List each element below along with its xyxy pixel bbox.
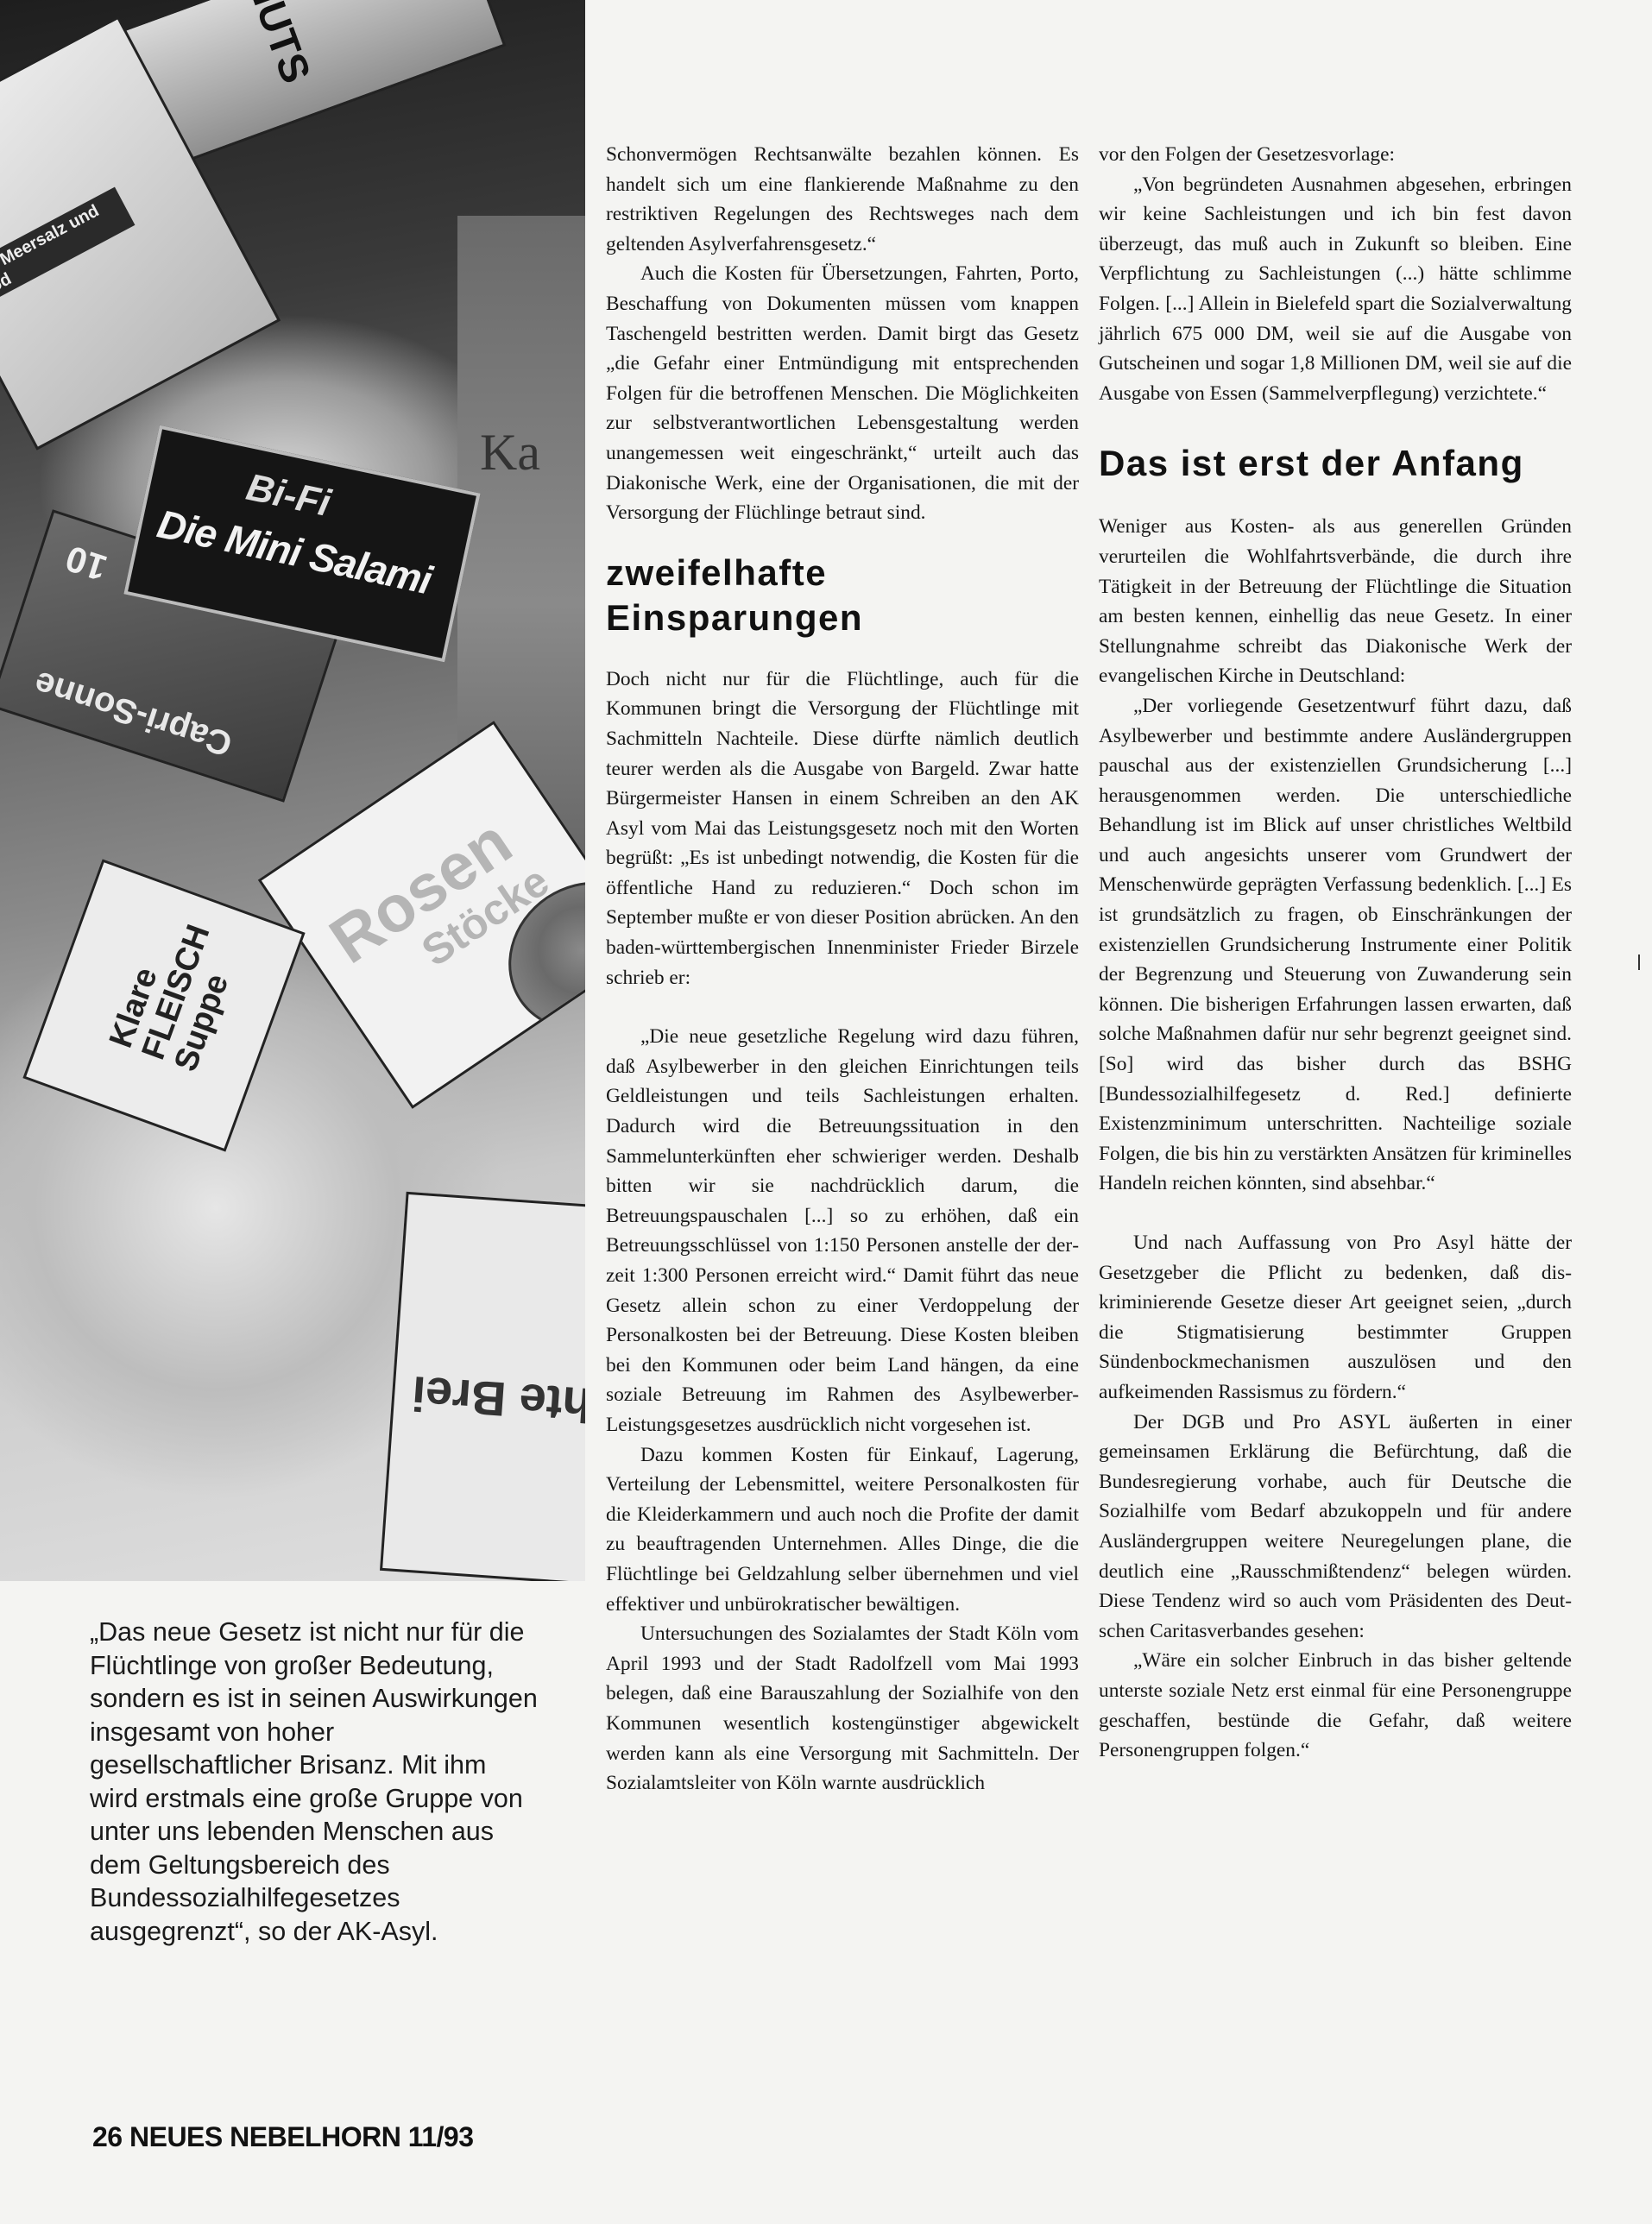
salt-label: mit Meersalz und Jod [0,187,135,306]
coffee-label: Ka [480,423,540,482]
section-heading: zweifelhafte Einsparungen [606,551,1079,640]
paragraph: Weniger aus Kosten- als aus generellen G… [1099,512,1572,691]
quote-paragraph: „Die neue gesetzliche Regelung wird dazu… [606,1022,1079,1440]
scan-mark [1638,954,1640,970]
paragraph: Der DGB und Pro ASYL äußerten in einer g… [1099,1408,1572,1647]
capri-name-label: Capri-Sonne [29,663,236,763]
capri-count-label: 10 [60,537,111,589]
section-heading: Das ist erst der Anfang [1099,441,1572,486]
quote-paragraph: „Von begründeten Ausnahmen abgesehen, er… [1099,170,1572,409]
right-column: vor den Folgen der Gesetzesvorlage: „Von… [1099,140,1572,1766]
pull-quote: „Das neue Gesetz ist nicht nur für die F… [90,1616,539,1948]
paragraph: Auch die Kosten für Übersetzungen, Fahr­… [606,259,1079,527]
quote-paragraph: „Wäre ein solcher Einbruch in das bisher… [1099,1646,1572,1765]
soup-label: Klare FLEISCH Suppe [104,903,251,1076]
salami-brand-label: Bi-Fi [243,466,334,526]
middle-column: Schonvermögen Rechtsanwälte bezahlen kön… [606,140,1079,1799]
paragraph: Schonvermögen Rechtsanwälte bezahlen kön… [606,140,1079,259]
page-footer: 26 NEUES NEBELHORN 11/93 [92,2121,474,2153]
soup-package: Klare FLEISCH Suppe [22,859,305,1151]
paragraph: vor den Folgen der Gesetzesvorlage: [1099,140,1572,170]
paragraph: Dazu kommen Kosten für Einkauf, Lage­run… [606,1440,1079,1620]
brei-label: Früchte Brei [410,1368,585,1438]
paragraph: Doch nicht nur für die Flüchtlinge, auch… [606,665,1079,993]
pull-quote-text: „Das neue Gesetz ist nicht nur für die F… [90,1616,539,1948]
paragraph: Und nach Auffassung von Pro Asyl hätte d… [1099,1228,1572,1408]
nuts-label: NUTS [236,0,319,90]
fruit-puree-package: Früchte Brei [380,1192,585,1581]
quote-paragraph: „Der vorliegende Gesetzentwurf führt daz… [1099,691,1572,1199]
paragraph: Untersuchungen des Sozialamtes der Stadt… [606,1619,1079,1799]
article-photo: Ka NUTS mit Meersalz und Jod 10 Capri-So… [0,0,585,1581]
